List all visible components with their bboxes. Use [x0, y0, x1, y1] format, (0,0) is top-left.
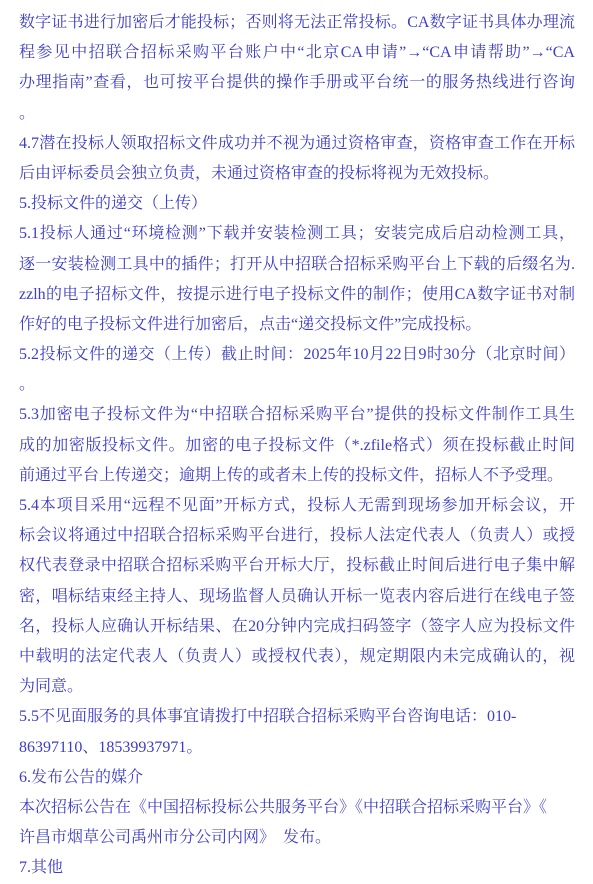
paragraph-ca-certificate-note: 数字证书进行加密后才能投标；否则将无法正常投标。CA数字证书具体办理流 程参见中…	[19, 8, 575, 129]
section-heading-text: 5.投标文件的递交（上传）	[19, 189, 575, 219]
text-line: 。	[19, 99, 575, 129]
phone-numbers-line: 86397110、18539937971。	[19, 733, 575, 763]
text-line: 名，投标人应确认开标结果、在20分钟内完成扫码签字（签字人应为投标文件	[19, 612, 575, 642]
text-line: 作好的电子投标文件进行加密后，点击“递交投标文件”完成投标。	[19, 310, 575, 340]
paragraph-clause-5-2: 5.2投标文件的递交（上传）截止时间：2025年10月22日9时30分（北京时间…	[19, 340, 575, 400]
text-line: 5.2投标文件的递交（上传）截止时间：2025年10月22日9时30分（北京时间…	[19, 340, 575, 370]
text-line: 5.3加密电子投标文件为“中招联合招标采购平台”提供的投标文件制作工具生	[19, 400, 575, 430]
text-line: 数字证书进行加密后才能投标；否则将无法正常投标。CA数字证书具体办理流	[19, 8, 575, 38]
text-line: 4.7潜在投标人领取招标文件成功并不视为通过资格审查，资格审查工作在开标	[19, 129, 575, 159]
paragraph-clause-5-5: 5.5不见面服务的具体事宜请拨打中招联合招标采购平台咨询电话：010- 8639…	[19, 702, 575, 762]
text-line: 程参见中招联合招标采购平台账户中“北京CA申请”→“CA申请帮助”→“CA	[19, 38, 575, 68]
section-heading-text: 7.其他	[19, 853, 575, 883]
text-line: zzlh的电子招标文件，按提示进行电子投标文件的制作；使用CA数字证书对制	[19, 280, 575, 310]
text-line: 后由评标委员会独立负责，未通过资格审查的投标将视为无效投标。	[19, 159, 575, 189]
text-line: 逐一安装检测工具中的插件；打开从中招联合招标采购平台上下载的后缀名为.	[19, 250, 575, 280]
text-line: 前通过平台上传递交；逾期上传的或者未上传的投标文件，招标人不予受理。	[19, 461, 575, 491]
text-line: 为同意。	[19, 672, 575, 702]
section-heading-6: 6.发布公告的媒介	[19, 763, 575, 793]
text-line: 5.4本项目采用“远程不见面”开标方式，投标人无需到现场参加开标会议，开	[19, 491, 575, 521]
text-line: 5.5不见面服务的具体事宜请拨打中招联合招标采购平台咨询电话：010-	[19, 702, 575, 732]
paragraph-clause-6-body: 本次招标公告在《中国招标投标公共服务平台》《中招联合招标采购平台》《 许昌市烟草…	[19, 793, 575, 853]
paragraph-clause-5-3: 5.3加密电子投标文件为“中招联合招标采购平台”提供的投标文件制作工具生 成的加…	[19, 400, 575, 491]
section-heading-text: 6.发布公告的媒介	[19, 763, 575, 793]
paragraph-clause-5-1: 5.1投标人通过“环境检测”下载并安装检测工具；安装完成后启动检测工具， 逐一安…	[19, 219, 575, 340]
text-line: 中载明的法定代表人（负责人）或授权代表），规定期限内未完成确认的，视	[19, 642, 575, 672]
text-line: 成的加密版投标文件。加密的电子投标文件（*.zfile格式）须在投标截止时间	[19, 431, 575, 461]
paragraph-clause-4-7: 4.7潜在投标人领取招标文件成功并不视为通过资格审查，资格审查工作在开标 后由评…	[19, 129, 575, 189]
text-line: 本次招标公告在《中国招标投标公共服务平台》《中招联合招标采购平台》《	[19, 793, 575, 823]
text-line: 5.1投标人通过“环境检测”下载并安装检测工具；安装完成后启动检测工具，	[19, 219, 575, 249]
text-line: 标会议将通过中招联合招标采购平台进行，投标人法定代表人（负责人）或授	[19, 521, 575, 551]
text-line: 。	[19, 370, 575, 400]
text-line: 办理指南”查看，也可按平台提供的操作手册或平台统一的服务热线进行咨询	[19, 68, 575, 98]
paragraph-clause-5-4: 5.4本项目采用“远程不见面”开标方式，投标人无需到现场参加开标会议，开 标会议…	[19, 491, 575, 702]
section-heading-7: 7.其他	[19, 853, 575, 883]
section-heading-5: 5.投标文件的递交（上传）	[19, 189, 575, 219]
document-page: 数字证书进行加密后才能投标；否则将无法正常投标。CA数字证书具体办理流 程参见中…	[0, 0, 593, 884]
text-line: 权代表登录中招联合招标采购平台开标大厅，投标截止时间后进行电子集中解	[19, 551, 575, 581]
text-line: 许昌市烟草公司禹州市分公司内网》 发布。	[19, 823, 575, 853]
text-line: 密，唱标结束经主持人、现场监督人员确认开标一览表内容后进行在线电子签	[19, 582, 575, 612]
